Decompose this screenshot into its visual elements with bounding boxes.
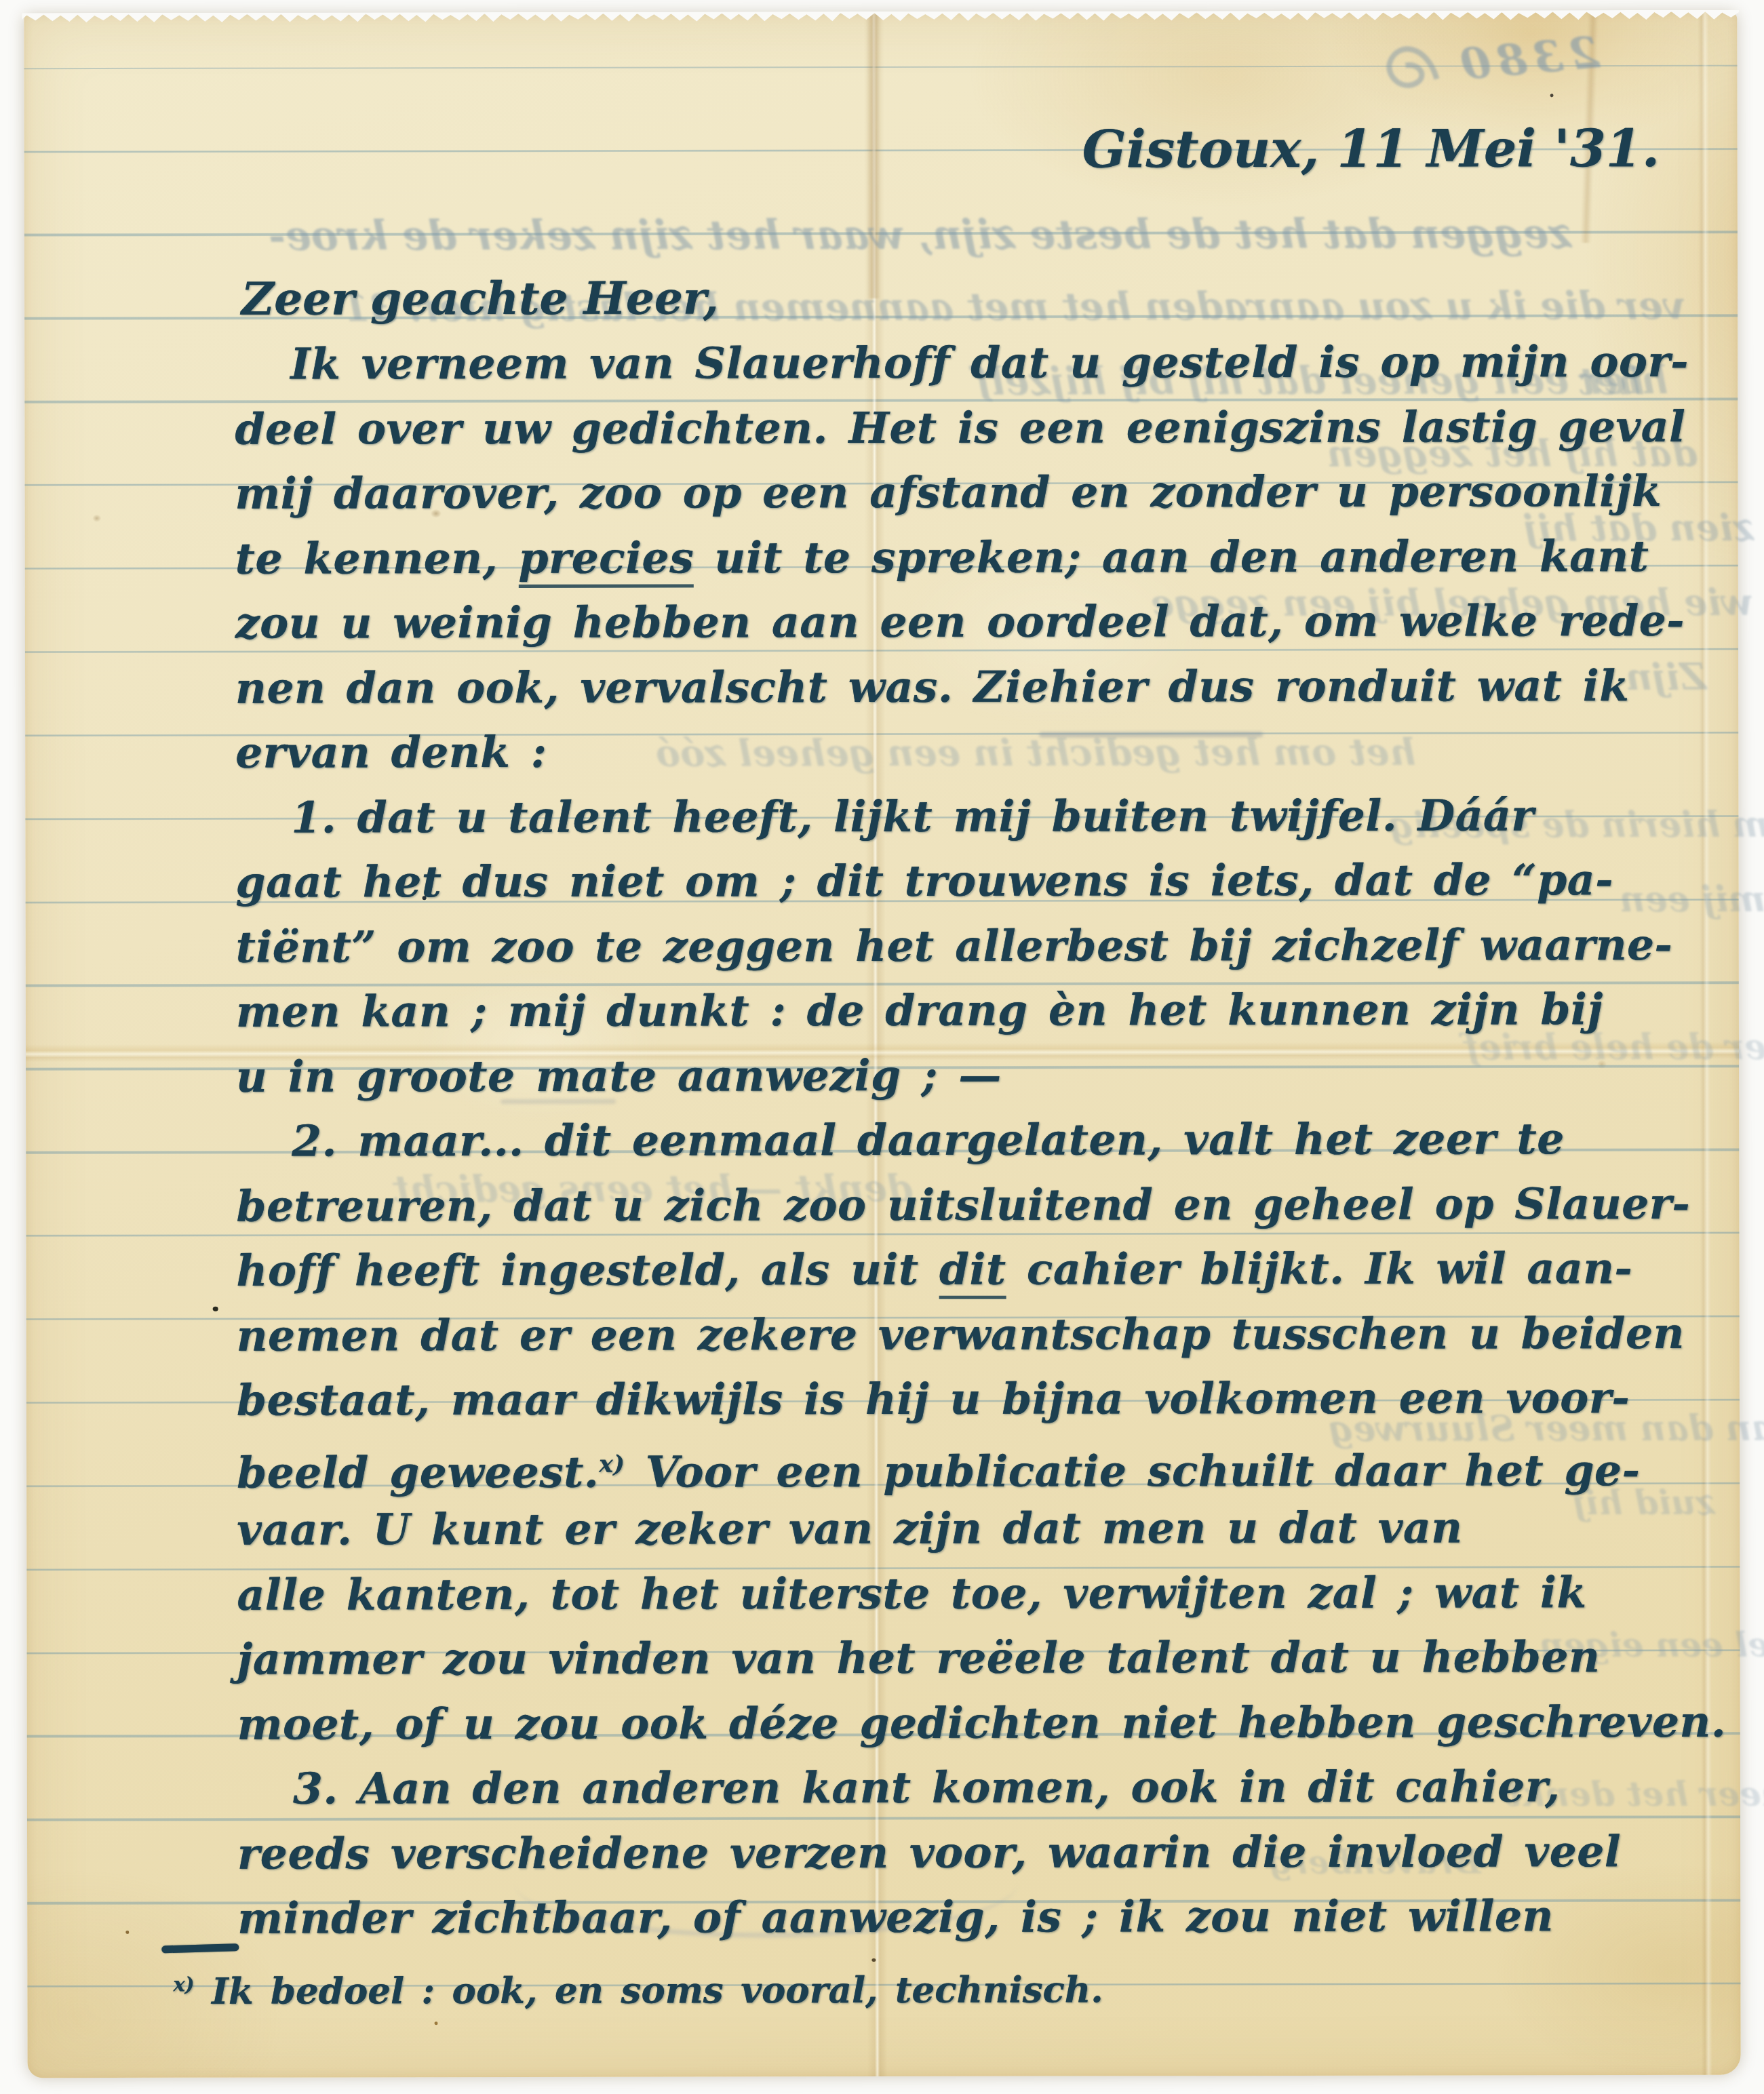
letter-text: bestaat, maar dikwijls is hij u bijna vo… [237,1372,1630,1425]
stamp-emblem-icon [1361,33,1448,105]
letter-paper: 2380 zeggen dat het de beste zijn, waar … [24,12,1740,2078]
letter-line: ervan denk : [235,721,1693,788]
letter-line: te kennen, precies uit te spreken; aan d… [235,526,1693,593]
letter-line: reeds verscheidene verzen voor, waarin d… [237,1821,1696,1889]
letter-line: jammer zou vinden van het reëele talent … [237,1627,1696,1695]
stamp-number: 2380 [1452,27,1601,91]
letter-text: reeds verscheidene verzen voor, waarin d… [237,1826,1621,1879]
letter-line: tiënt” om zoo te zeggen het allerbest bi… [236,915,1694,982]
letter-text: 1. dat u talent heeft, lijkt mij buiten … [291,790,1534,842]
letter-line: alle kanten, tot het uiterste toe, verwi… [237,1562,1695,1629]
letter-line: zou u weinig hebben aan een oordeel dat,… [235,591,1693,658]
foxing-spot [435,2021,438,2025]
letter-text: tiënt” om zoo te zeggen het allerbest bi… [236,919,1673,972]
letter-text: uit te spreken; aan den anderen kant [694,531,1649,582]
letter-line: 3. Aan den anderen kant komen, ook in di… [237,1757,1696,1824]
letter-text: zou u weinig hebben aan een oordeel dat,… [235,595,1685,648]
letter-line: 2. maar... dit eenmaal daargelaten, valt… [236,1109,1694,1177]
foxing-spot [125,1931,129,1934]
letter-salutation: Zeer geachte Heer, [241,271,719,325]
letter-text: men kan ; mij dunkt : de drang èn het ku… [236,984,1603,1037]
letter-text: u in groote mate aanwezig ; — [236,1050,1002,1101]
archive-number-stamp-bleedthrough: 2380 [1361,20,1602,106]
paper-speck [213,1307,218,1311]
underlined-word: precies [518,532,694,587]
letter-body: Ik verneem van Slauerhoff dat u gesteld … [235,332,1696,1954]
right-edge-crease [1698,12,1712,2075]
footnote-marker-ref: x) [599,1450,625,1478]
letter-footnote: x) Ik bedoel : ook, en soms vooral, tech… [173,1969,1103,2012]
letter-text: 3. Aan den anderen kant komen, ook in di… [293,1761,1561,1813]
vertical-fold-crease-top [866,14,880,298]
bleedthrough-text: zeggen dat het de beste zijn, waar het z… [269,210,1572,260]
letter-text: vaar. U kunt er zeker van zijn dat men u… [237,1503,1462,1555]
letter-text: gaat het dus niet om ; dit trouwens is i… [236,854,1613,907]
letter-line: men kan ; mij dunkt : de drang èn het ku… [236,980,1694,1047]
letter-text: hoff heeft ingesteld, als uit [237,1244,940,1296]
letter-text: Ik verneem van Slauerhoff dat u gesteld … [290,336,1689,389]
letter-line: Ik verneem van Slauerhoff dat u gesteld … [235,332,1693,399]
letter-text: mij daarover, zoo op een afstand en zond… [235,466,1662,519]
paper-speck [871,1958,876,1962]
letter-text: minder zichtbaar, of aanwezig, is ; ik z… [237,1891,1554,1943]
letter-text: cahier blijkt. Ik wil aan- [1006,1243,1632,1295]
letter-line: betreuren, dat u zich zoo uitsluitend en… [236,1174,1694,1241]
letter-line: beeld geweest.x) Voor een publicatie sch… [237,1433,1695,1500]
letter-line: nen dan ook, vervalscht was. Ziehier dus… [235,656,1693,723]
footnote-divider [161,1943,239,1953]
underlined-word: dit [939,1244,1006,1299]
footnote-text: Ik bedoel : ook, en soms vooral, technis… [212,1969,1103,2012]
letter-text: jammer zou vinden van het reëele talent … [237,1632,1601,1684]
letter-text: Voor een publicatie schuilt daar het ge- [625,1445,1640,1497]
footnote-marker: x) [173,1973,194,1996]
letter-line: gaat het dus niet om ; dit trouwens is i… [236,850,1694,917]
letter-line: mij daarover, zoo op een afstand en zond… [235,462,1693,529]
letter-line: moet, of u zou ook déze gedichten niet h… [237,1692,1696,1759]
letter-line: u in groote mate aanwezig ; — [236,1044,1694,1111]
letter-text: nemen dat er een zekere verwantschap tus… [237,1307,1685,1360]
letter-line: bestaat, maar dikwijls is hij u bijna vo… [237,1368,1695,1436]
letter-text: te kennen, [235,532,519,583]
letter-text: betreuren, dat u zich zoo uitsluitend en… [236,1178,1690,1231]
letter-line: vaar. U kunt er zeker van zijn dat men u… [237,1498,1695,1565]
letter-text: nen dan ook, vervalscht was. Ziehier dus… [235,660,1629,713]
letter-line: 1. dat u talent heeft, lijkt mij buiten … [235,785,1693,852]
letter-line: deel over uw gedichten. Het is een eenig… [235,397,1693,464]
letter-text: alle kanten, tot het uiterste toe, verwi… [237,1567,1586,1619]
letter-line: nemen dat er een zekere verwantschap tus… [237,1303,1695,1370]
letter-text: deel over uw gedichten. Het is een eenig… [235,401,1685,454]
perforated-top-edge [22,10,1739,26]
paper-speck [1550,94,1554,97]
letter-text: ervan denk : [235,727,547,778]
letter-dateline: Gistoux, 11 Mei '31. [1082,118,1660,179]
letter-line: minder zichtbaar, of aanwezig, is ; ik z… [237,1886,1696,1954]
scanned-letter-background: 2380 zeggen dat het de beste zijn, waar … [0,0,1764,2094]
letter-text: beeld geweest. [237,1446,599,1497]
letter-line: hoff heeft ingesteld, als uit dit cahier… [237,1239,1695,1306]
letter-text: 2. maar... dit eenmaal daargelaten, valt… [292,1113,1565,1166]
letter-text: moet, of u zou ook déze gedichten niet h… [237,1696,1727,1749]
